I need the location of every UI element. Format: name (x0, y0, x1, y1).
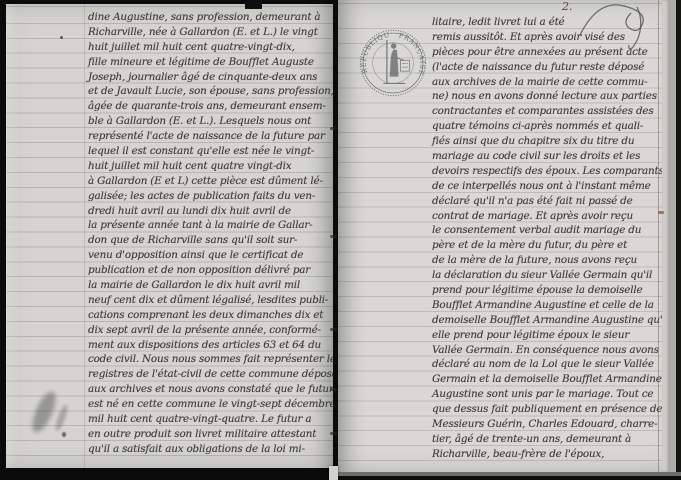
handwritten-line: registres de l'état-civil de cette commu… (88, 367, 333, 382)
margin-smudge (53, 404, 69, 433)
ink-dot (62, 432, 66, 437)
page-number: 2. (562, 0, 573, 13)
handwritten-line: Messieurs Guérin, Charles Edouard, charr… (432, 417, 681, 432)
handwritten-line: est né en cette commune le vingt-sept dé… (88, 397, 333, 412)
handwritten-line: Germain et la demoiselle Boufflet Armand… (432, 372, 681, 387)
page-fold-line (658, 0, 659, 472)
handwritten-line: en outre produit son livret militaire at… (88, 427, 333, 442)
stamp-figure (383, 40, 409, 84)
binding-stitch (330, 235, 337, 238)
handwritten-line: tier, âgé de trente-un ans, demeurant à (432, 432, 681, 447)
handwritten-line: elle prend pour légitime époux le sieur (432, 328, 681, 343)
handwritten-line: (l'acte de naissance du futur reste dépo… (432, 60, 681, 75)
handwritten-line: huit juillet mil huit cent quatre vingt-… (88, 159, 333, 174)
handwritten-line: dix sept avril de la présente année, con… (88, 323, 333, 338)
margin-rule-line (84, 4, 85, 468)
handwritten-line: dredi huit avril au lundi dix huit avril… (88, 204, 333, 219)
handwritten-line: Richarville, beau-frère de l'époux, (432, 447, 681, 462)
lower-pages-edge (338, 472, 681, 476)
handwritten-line: ment aux dispositions des articles 63 et… (88, 338, 333, 353)
handwritten-line: lequel il est constant qu'elle est née l… (88, 144, 333, 159)
handwritten-line: publication et de non opposition délivré… (88, 263, 333, 278)
handwritten-line: père et de la mère du futur, du père et (432, 238, 681, 253)
handwritten-line: huit juillet mil huit cent quatre-vingt-… (88, 40, 333, 55)
handwritten-line: le consentement verbal audit mariage du (432, 223, 681, 238)
handwritten-line: galisée; les actes de publication faits … (88, 189, 333, 204)
handwritten-line: venu d'opposition ainsi que le certifica… (88, 248, 333, 263)
handwritten-line: Joseph, journalier âgé de cinquante-deux… (88, 70, 333, 85)
handwritten-line: prend pour légitime épouse la demoiselle (432, 283, 681, 298)
official-stamp-icon: RÉPUBLIQUE FRANÇAISE (359, 29, 427, 97)
handwritten-line: code civil. Nous nous sommes fait représ… (88, 352, 333, 367)
right-page-text: litaire, ledit livret lui a étéremis aus… (432, 15, 681, 462)
handwritten-line: cations comprenant les deux dimanches di… (88, 308, 333, 323)
ink-flourish (578, 1, 662, 53)
handwritten-line: Augustine sont unis par le mariage. Tout… (432, 387, 681, 402)
handwritten-line: à Gallardon (E et L) cette pièce est dûm… (88, 174, 333, 189)
handwritten-line: quatre témoins ci-après nommés et quali- (432, 119, 681, 134)
handwritten-line: contractantes et comparantes assistées d… (432, 104, 681, 119)
handwritten-line: de ce interpellés nous ont à l'instant m… (432, 179, 681, 194)
handwritten-line: ble à Gallardon (E. et L.). Lesquels nou… (88, 114, 333, 129)
left-page: dine Augustine, sans profession, demeura… (6, 4, 333, 468)
handwritten-line: ne) nous en avons donné lecture aux part… (432, 89, 681, 104)
handwritten-line: devoirs respectifs des époux. Les compar… (432, 164, 681, 179)
binding-tab (329, 466, 338, 480)
handwritten-line: neuf cent dix et dûment légalisé, lesdit… (88, 293, 333, 308)
handwritten-line: la présente année tant à la mairie de Ga… (88, 218, 333, 233)
handwritten-line: et de Javault Lucie, son épouse, sans pr… (88, 84, 333, 99)
handwritten-line: aux archives de la mairie de cette commu… (432, 75, 681, 90)
handwritten-line: la déclaration du sieur Vallée Germain q… (432, 268, 681, 283)
page-edge-strip (662, 0, 670, 472)
handwritten-line: Boufflet Armandine Augustine et celle de… (432, 298, 681, 313)
handwritten-line: que dessus fait publiquement en présence… (432, 402, 681, 417)
handwritten-line: représenté l'acte de naissance de la fut… (88, 129, 333, 144)
binding-stitch (330, 388, 337, 391)
svg-text:RÉPUBLIQUE: RÉPUBLIQUE (359, 29, 391, 74)
handwritten-line: demoiselle Boufflet Armandine Augustine … (432, 313, 681, 328)
handwritten-line: mariage au code civil sur les droits et … (432, 149, 681, 164)
page-edge-shadow (676, 0, 681, 472)
handwritten-line: fiés ainsi que du chapitre six du titre … (432, 134, 681, 149)
handwritten-line: contrat de mariage. Et après avoir reçu (432, 209, 681, 224)
red-margin-tick (658, 211, 664, 214)
handwritten-line: qu'il a satisfait aux obligations de la … (88, 442, 333, 457)
handwritten-line: fille mineure et légitime de Boufflet Au… (88, 55, 333, 70)
ink-dot (60, 36, 63, 39)
handwritten-line: Vallée Germain. En conséquence nous avon… (432, 343, 681, 358)
right-page: litaire, ledit livret lui a étéremis aus… (338, 0, 681, 472)
handwritten-line: la mairie de Gallardon le dix huit avril… (88, 278, 333, 293)
scanned-register-photo: { "scan": { "description_label": "", "pa… (0, 0, 681, 480)
stamp-text-republique: RÉPUBLIQUE (359, 29, 391, 74)
left-page-text: dine Augustine, sans profession, demeura… (88, 10, 333, 457)
binding-stitch (330, 328, 337, 331)
handwritten-line: de la mère de la future, nous avons reçu (432, 253, 681, 268)
binding-stitch (330, 432, 337, 435)
handwritten-line: mil huit cent quatre-vingt-quatre. Le fu… (88, 412, 333, 427)
handwritten-line: déclaré qu'il n'a pas été fait ni passé … (432, 194, 681, 209)
handwritten-line: Richarville, née à Gallardon (E. et L.) … (88, 25, 333, 40)
binding-stitch (330, 127, 337, 130)
handwritten-line: déclaré au nom de la Loi que le sieur Va… (432, 357, 681, 372)
handwritten-line: dine Augustine, sans profession, demeura… (88, 10, 333, 25)
handwritten-line: don que de Richarville sans qu'il soit s… (88, 233, 333, 248)
handwritten-line: aux archives et nous avons constaté que … (88, 382, 333, 397)
handwritten-line: âgée de quarante-trois ans, demeurant en… (88, 99, 333, 114)
binding-tab (245, 0, 262, 9)
